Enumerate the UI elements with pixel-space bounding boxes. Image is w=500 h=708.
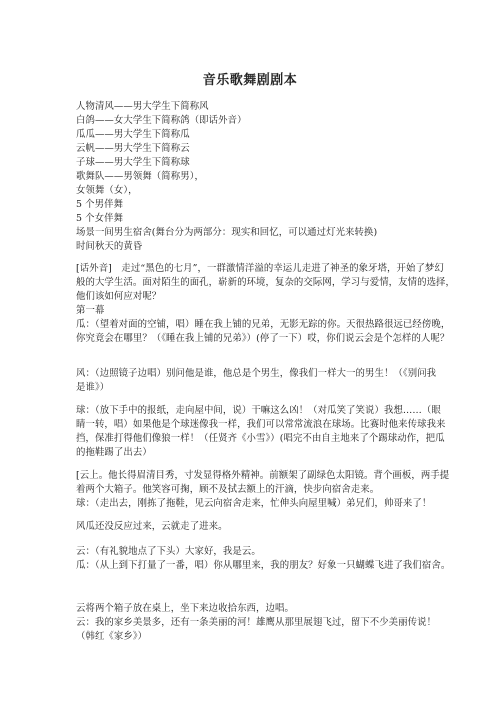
- script-line: 球：（走出去，刚拣了拖鞋，见云向宿舍走来，忙伸头向屋里喊）弟兄们，帅哥来了！: [76, 498, 431, 510]
- script-line: 挡，保准打得他们像狼一样！（任贤齐《小雪》）(唱完不由自主地来了个踢球动作，把瓜: [76, 433, 445, 445]
- script-line: [云上。他长得眉清目秀，寸发显得格外精神。前额架了副绿色太阳镜。背个画板，两手提: [76, 470, 449, 482]
- script-line: 场景一间男生宿舍(舞台分为两部分：现实和回忆，可以通过灯光来转换): [76, 227, 377, 239]
- script-line: 云：我的家乡美景多，还有一条美丽的河！雄鹰从那里展翅飞过，留下不少美丽传说！: [76, 617, 436, 629]
- script-line: 第一幕: [76, 305, 104, 317]
- script-line: 的拖鞋踢了出去）: [76, 447, 152, 459]
- script-line: 5 个女伴舞: [76, 213, 123, 225]
- script-line: 歌舞队——男领舞（简称男），: [76, 171, 204, 183]
- script-line: 云帆——男大学生下简称云: [76, 143, 190, 155]
- script-line: 时间秋天的黄昏: [76, 241, 142, 253]
- script-line: 球：（放下手中的报纸，走向屋中间，说）干嘛这么凶！（对瓜笑了笑说）我想……（眼: [76, 405, 441, 417]
- script-line: 女领舞（女），: [76, 185, 138, 197]
- script-line: （韩红《家乡》）: [76, 631, 147, 643]
- script-line: 风：（边照镜子边唱）别问他是谁，他总是个男生，像我们一样大一的男生！（《别问我: [76, 368, 436, 380]
- script-line: 着两个大箱子。他笑容可掬，顾不及拭去额上的汗滴，快步向宿舍走来。: [76, 484, 379, 496]
- script-line: 他们该如何应对呢？: [76, 291, 161, 303]
- script-line: 你究竟会在哪里？（《睡在我上铺的兄弟》）(停了一下）哎，你们说云会是个怎样的人呢…: [76, 333, 449, 345]
- script-line: 是谁》）: [76, 382, 109, 394]
- script-line: 瓜：（望着对面的空铺，唱）睡在我上铺的兄弟，无影无踪的你。天很热路很远已经傍晚，: [76, 319, 450, 331]
- script-line: 人物清风——男大学生下简称风: [76, 101, 209, 113]
- document-title: 音乐歌舞剧剧本: [0, 69, 500, 88]
- script-line: 子球——男大学生下简称球: [76, 157, 190, 169]
- script-line: 瓜：（从上到下打量了一番，唱）你从哪里来，我的朋友？好象一只蝴蝶飞进了我们宿舍。: [76, 560, 450, 572]
- script-line: 风瓜还没反应过来，云就走了进来。: [76, 521, 228, 533]
- script-line: 瓜瓜——男大学生下简称瓜: [76, 129, 190, 141]
- script-line: 白鸽——女大学生下简称鸽（即话外音）: [76, 115, 247, 127]
- script-line: 睛一转，唱）如果他是个球迷像我一样，我们可以常常流浪在球场。比赛时他来传球我来: [76, 419, 446, 431]
- script-line: 5 个男伴舞: [76, 199, 123, 211]
- script-line: [话外音] 走过“黑色的七月”，一群激情洋溢的幸运儿走进了神圣的象牙塔，开始了梦…: [76, 263, 444, 275]
- script-line: 云：（有礼貌地点了下头）大家好，我是云。: [76, 546, 261, 558]
- script-line: 般的大学生活。面对陌生的面孔，崭新的环境，复杂的交际网，学习与爱情，友情的选择，: [76, 277, 455, 289]
- script-line: 云将两个箱子放在桌上，坐下来边收拾东西，边唱。: [76, 603, 294, 615]
